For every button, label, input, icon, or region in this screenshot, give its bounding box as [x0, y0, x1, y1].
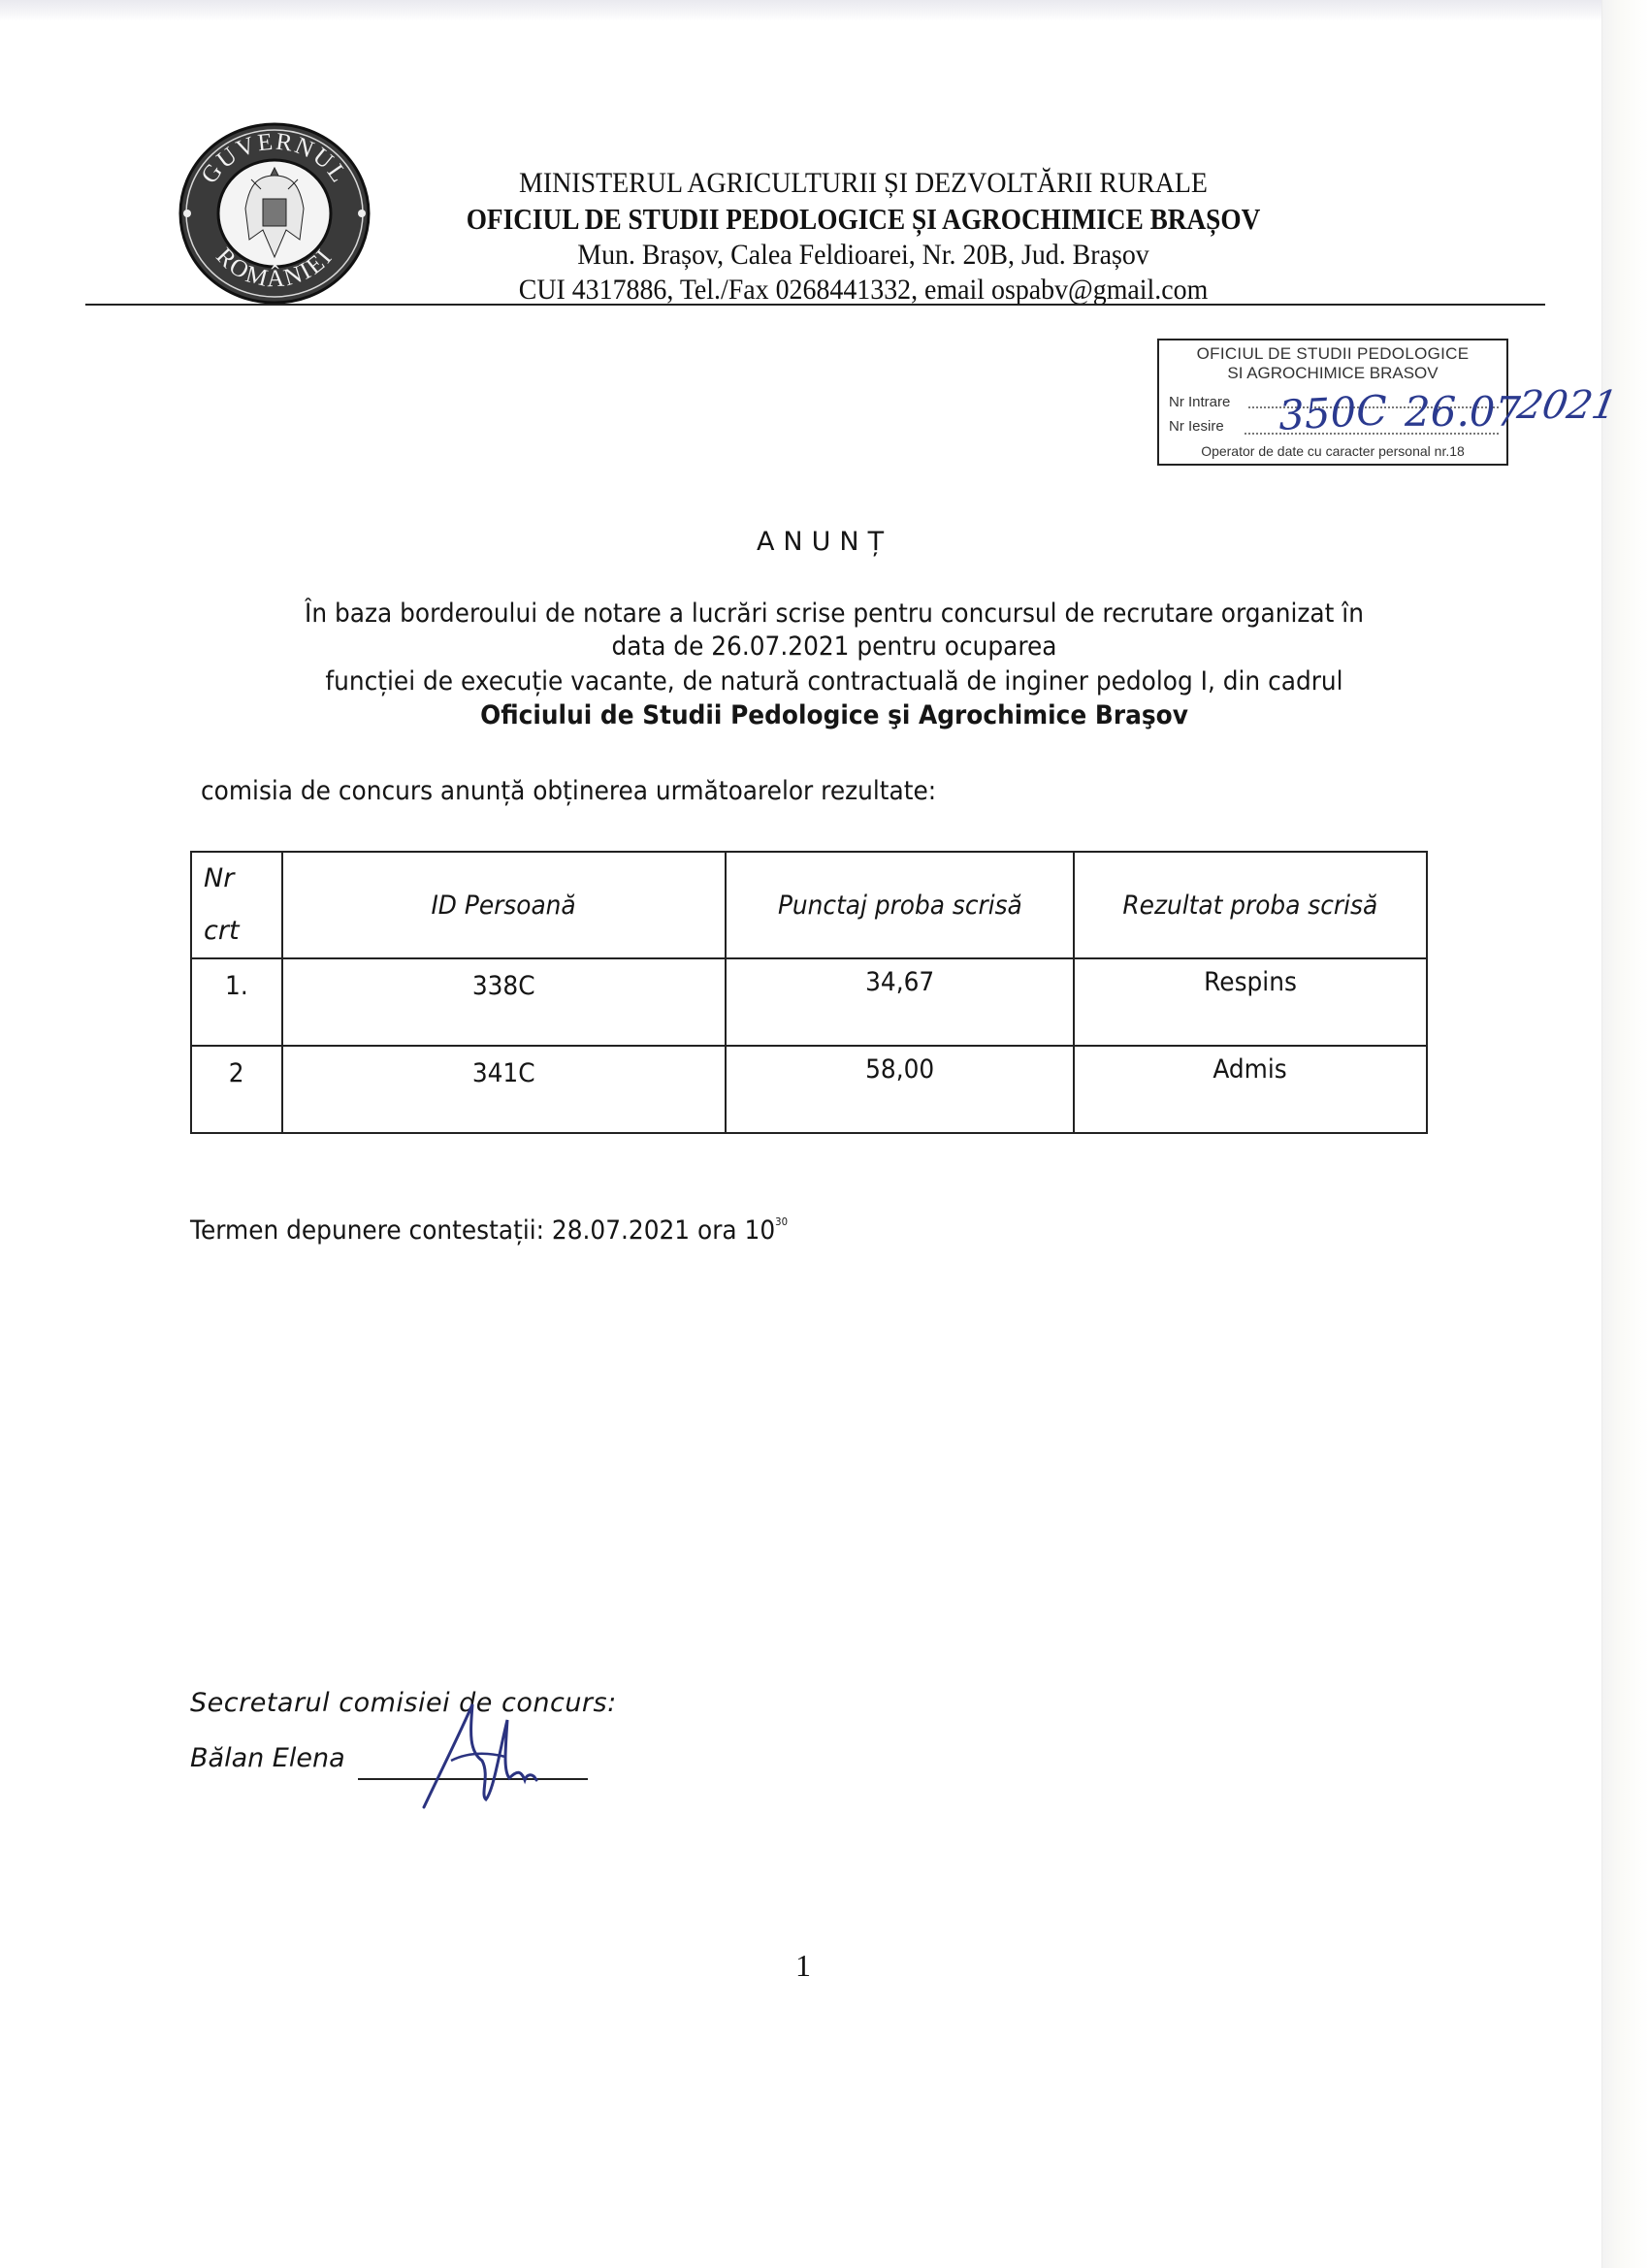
appeal-deadline: Termen depunere contestații: 28.07.2021 …: [190, 1215, 788, 1246]
header-score-label: Punctaj proba scrisă: [778, 891, 1022, 921]
announcement-title: ANUNȚ: [0, 527, 1649, 557]
cell-nr: 2: [191, 1046, 282, 1133]
stamp-entry-label: Nr Intrare: [1169, 394, 1230, 410]
table-header-row: Nr crt ID Persoană Punctaj proba scrisă …: [191, 852, 1427, 958]
cell-nr: 1.: [191, 958, 282, 1046]
table-row: 1. 338C 34,67 Respins: [191, 958, 1427, 1046]
cell-id: 338C: [282, 958, 726, 1046]
row-id: 341C: [472, 1058, 535, 1088]
stamp-exit-label: Nr Iesire: [1169, 418, 1224, 435]
header-result-label: Rezultat proba scrisă: [1123, 891, 1378, 921]
handwritten-registration-date: 26.07: [1405, 388, 1521, 436]
header-punctaj: Punctaj proba scrisă: [726, 852, 1074, 958]
row-nr: 2: [229, 1058, 244, 1088]
cell-result: Admis: [1074, 1046, 1427, 1133]
announcement-line-4: Oficiului de Studii Pedologice şi Agroch…: [237, 700, 1433, 730]
header-nr-line-1: Nr: [204, 853, 234, 905]
scan-edge-right: [1601, 0, 1649, 2268]
cell-score: 58,00: [726, 1046, 1074, 1133]
row-score: 34,67: [865, 967, 934, 997]
handwritten-signature-icon: [412, 1693, 558, 1809]
government-seal-icon: GUVERNUL ROMÂNIEI: [178, 121, 372, 306]
stamp-footer: Operator de date cu caracter personal nr…: [1159, 443, 1506, 459]
header-id-label: ID Persoană: [432, 891, 576, 921]
scan-edge-top: [0, 0, 1649, 21]
row-nr: 1.: [225, 971, 248, 1001]
office-name: OFICIUL DE STUDII PEDOLOGICE ȘI AGROCHIM…: [428, 202, 1299, 237]
deadline-text: Termen depunere contestații: 28.07.2021 …: [190, 1215, 775, 1246]
results-intro: comisia de concurs anunță obținerea urmă…: [201, 776, 936, 806]
row-result: Respins: [1204, 967, 1297, 997]
page-number: 1: [795, 1948, 811, 1984]
table-row: 2 341C 58,00 Admis: [191, 1046, 1427, 1133]
header-nr-crt: Nr crt: [191, 852, 282, 958]
header-id-persoana: ID Persoană: [282, 852, 726, 958]
cell-id: 341C: [282, 1046, 726, 1133]
announcement-line-2: data de 26.07.2021 pentru ocuparea: [237, 632, 1433, 662]
header-rezultat: Rezultat proba scrisă: [1074, 852, 1427, 958]
announcement-line-3: funcției de execuție vacante, de natură …: [237, 666, 1433, 697]
row-score: 58,00: [865, 1054, 934, 1085]
ministry-name: MINISTERUL AGRICULTURII ȘI DEZVOLTĂRII R…: [404, 167, 1324, 200]
handwritten-registration-year: 2021: [1514, 383, 1621, 428]
handwritten-registration-number: 350C: [1277, 386, 1389, 439]
announcement-line-1: În baza borderoului de notare a lucrări …: [237, 599, 1433, 629]
header-nr-line-2: crt: [204, 905, 240, 957]
results-table: Nr crt ID Persoană Punctaj proba scrisă …: [190, 851, 1428, 1134]
row-result: Admis: [1213, 1054, 1287, 1085]
cell-result: Respins: [1074, 958, 1427, 1046]
stamp-line-1: OFICIUL DE STUDII PEDOLOGICE: [1159, 344, 1506, 364]
row-id: 338C: [472, 971, 535, 1001]
header-divider: [85, 304, 1545, 306]
cell-score: 34,67: [726, 958, 1074, 1046]
office-address: Mun. Brașov, Calea Feldioarei, Nr. 20B, …: [404, 239, 1324, 272]
office-contact: CUI 4317886, Tel./Fax 0268441332, email …: [404, 274, 1324, 307]
signatory-name: Bălan Elena: [190, 1743, 345, 1773]
deadline-minutes: 30: [775, 1215, 788, 1228]
stamp-line-2: SI AGROCHIMICE BRASOV: [1159, 364, 1506, 383]
